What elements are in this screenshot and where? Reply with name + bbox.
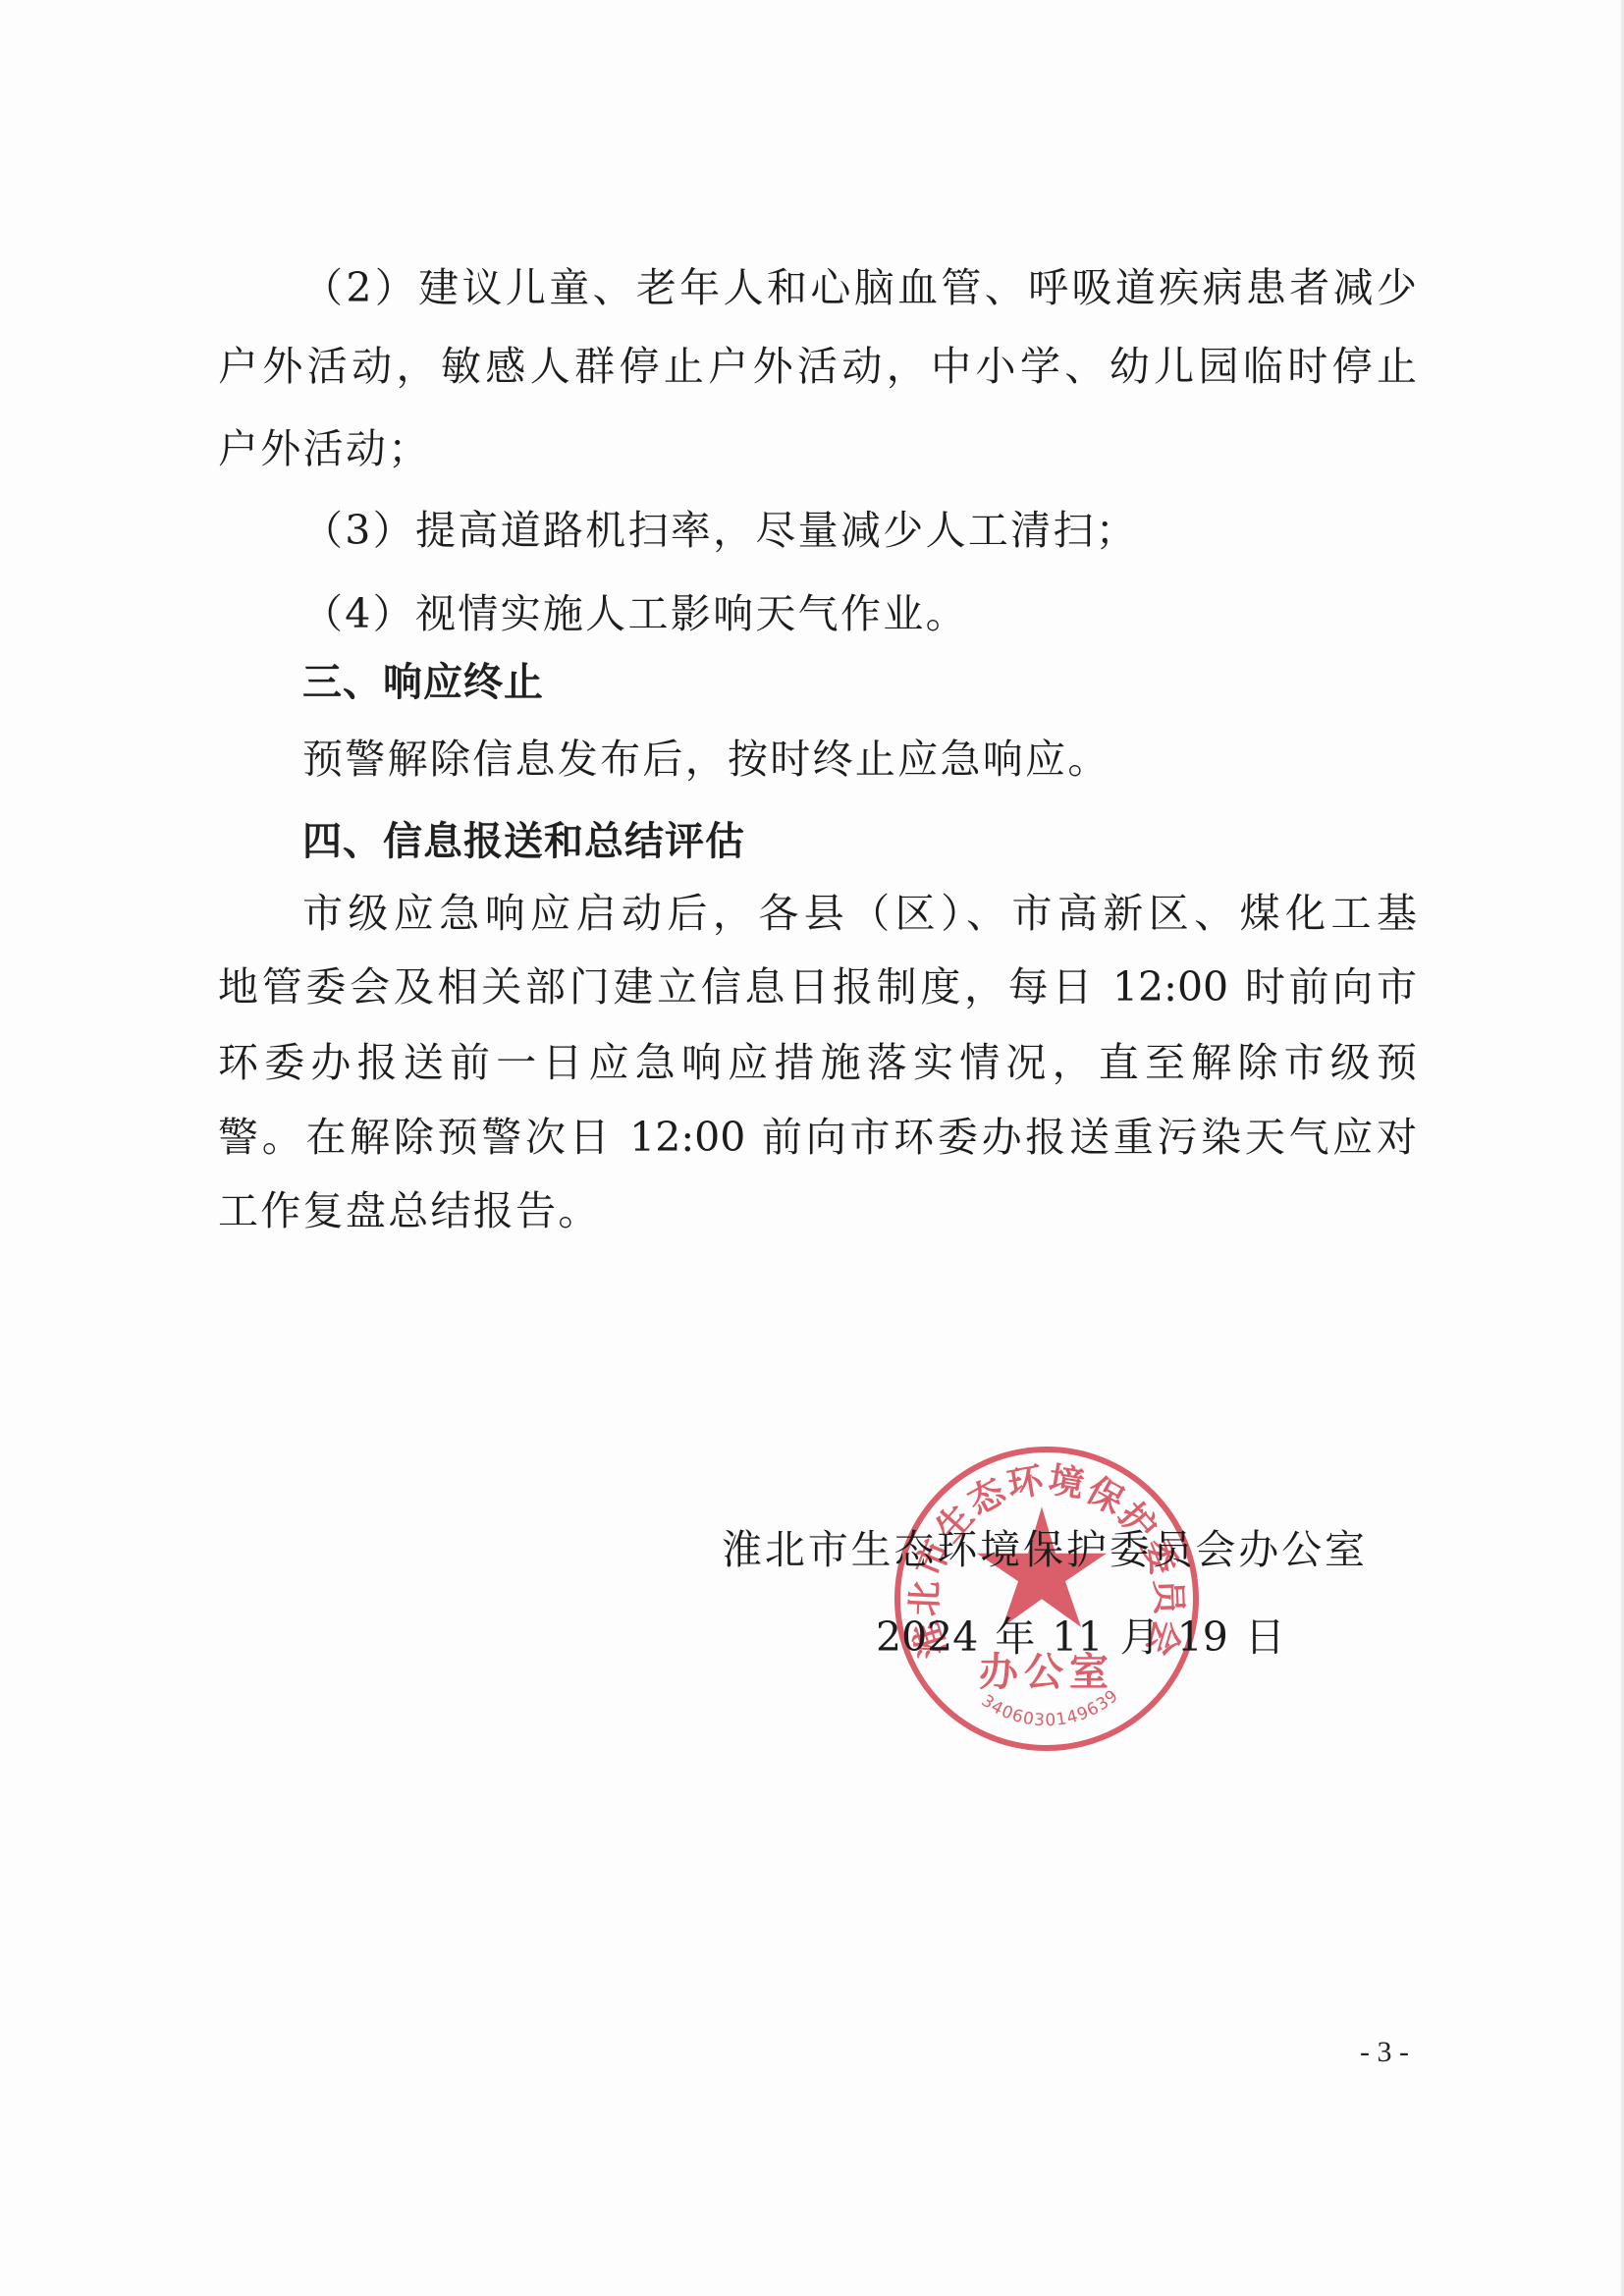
item-2-line-1: （2）建议儿童、老年人和心脑血管、呼吸道疾病患者减少 (302, 260, 1417, 315)
document-page: （2）建议儿童、老年人和心脑血管、呼吸道疾病患者减少 户外活动，敏感人群停止户外… (0, 0, 1624, 2296)
section-4-line-1: 市级应急响应启动后，各县（区）、市高新区、煤化工基 (302, 886, 1417, 941)
issue-date: 2024 年 11 月 19 日 (876, 1610, 1224, 1665)
section-4-line-4: 警。在解除预警次日 12:00 前向市环委办报送重污染天气应对 (218, 1110, 1417, 1165)
item-2-line-2: 户外活动，敏感人群停止户外活动，中小学、幼儿园临时停止 (218, 339, 1417, 394)
official-seal-stamp: 淮北市生态环境保护委员会 办公室 3406030149639 (893, 1445, 1201, 1753)
section-4-line-5: 工作复盘总结报告。 (218, 1183, 601, 1238)
item-2-line-3: 户外活动； (218, 421, 431, 476)
item-4: （4）视情实施人工影响天气作业。 (302, 586, 968, 641)
section-4-line-3: 环委办报送前一日应急响应措施落实情况，直至解除市级预 (218, 1035, 1417, 1090)
issuing-organization: 淮北市生态环境保护委员会办公室 (722, 1522, 1365, 1577)
item-3: （3）提高道路机扫率，尽量减少人工清扫； (302, 503, 1138, 558)
page-number: - 3 - (1347, 2033, 1422, 2072)
section-4-heading: 四、信息报送和总结评估 (302, 814, 745, 869)
section-4-line-2: 地管委会及相关部门建立信息日报制度，每日 12:00 时前向市 (218, 959, 1417, 1014)
section-3-paragraph: 预警解除信息发布后，按时终止应急响应。 (302, 732, 1110, 787)
section-3-heading: 三、响应终止 (302, 655, 544, 710)
